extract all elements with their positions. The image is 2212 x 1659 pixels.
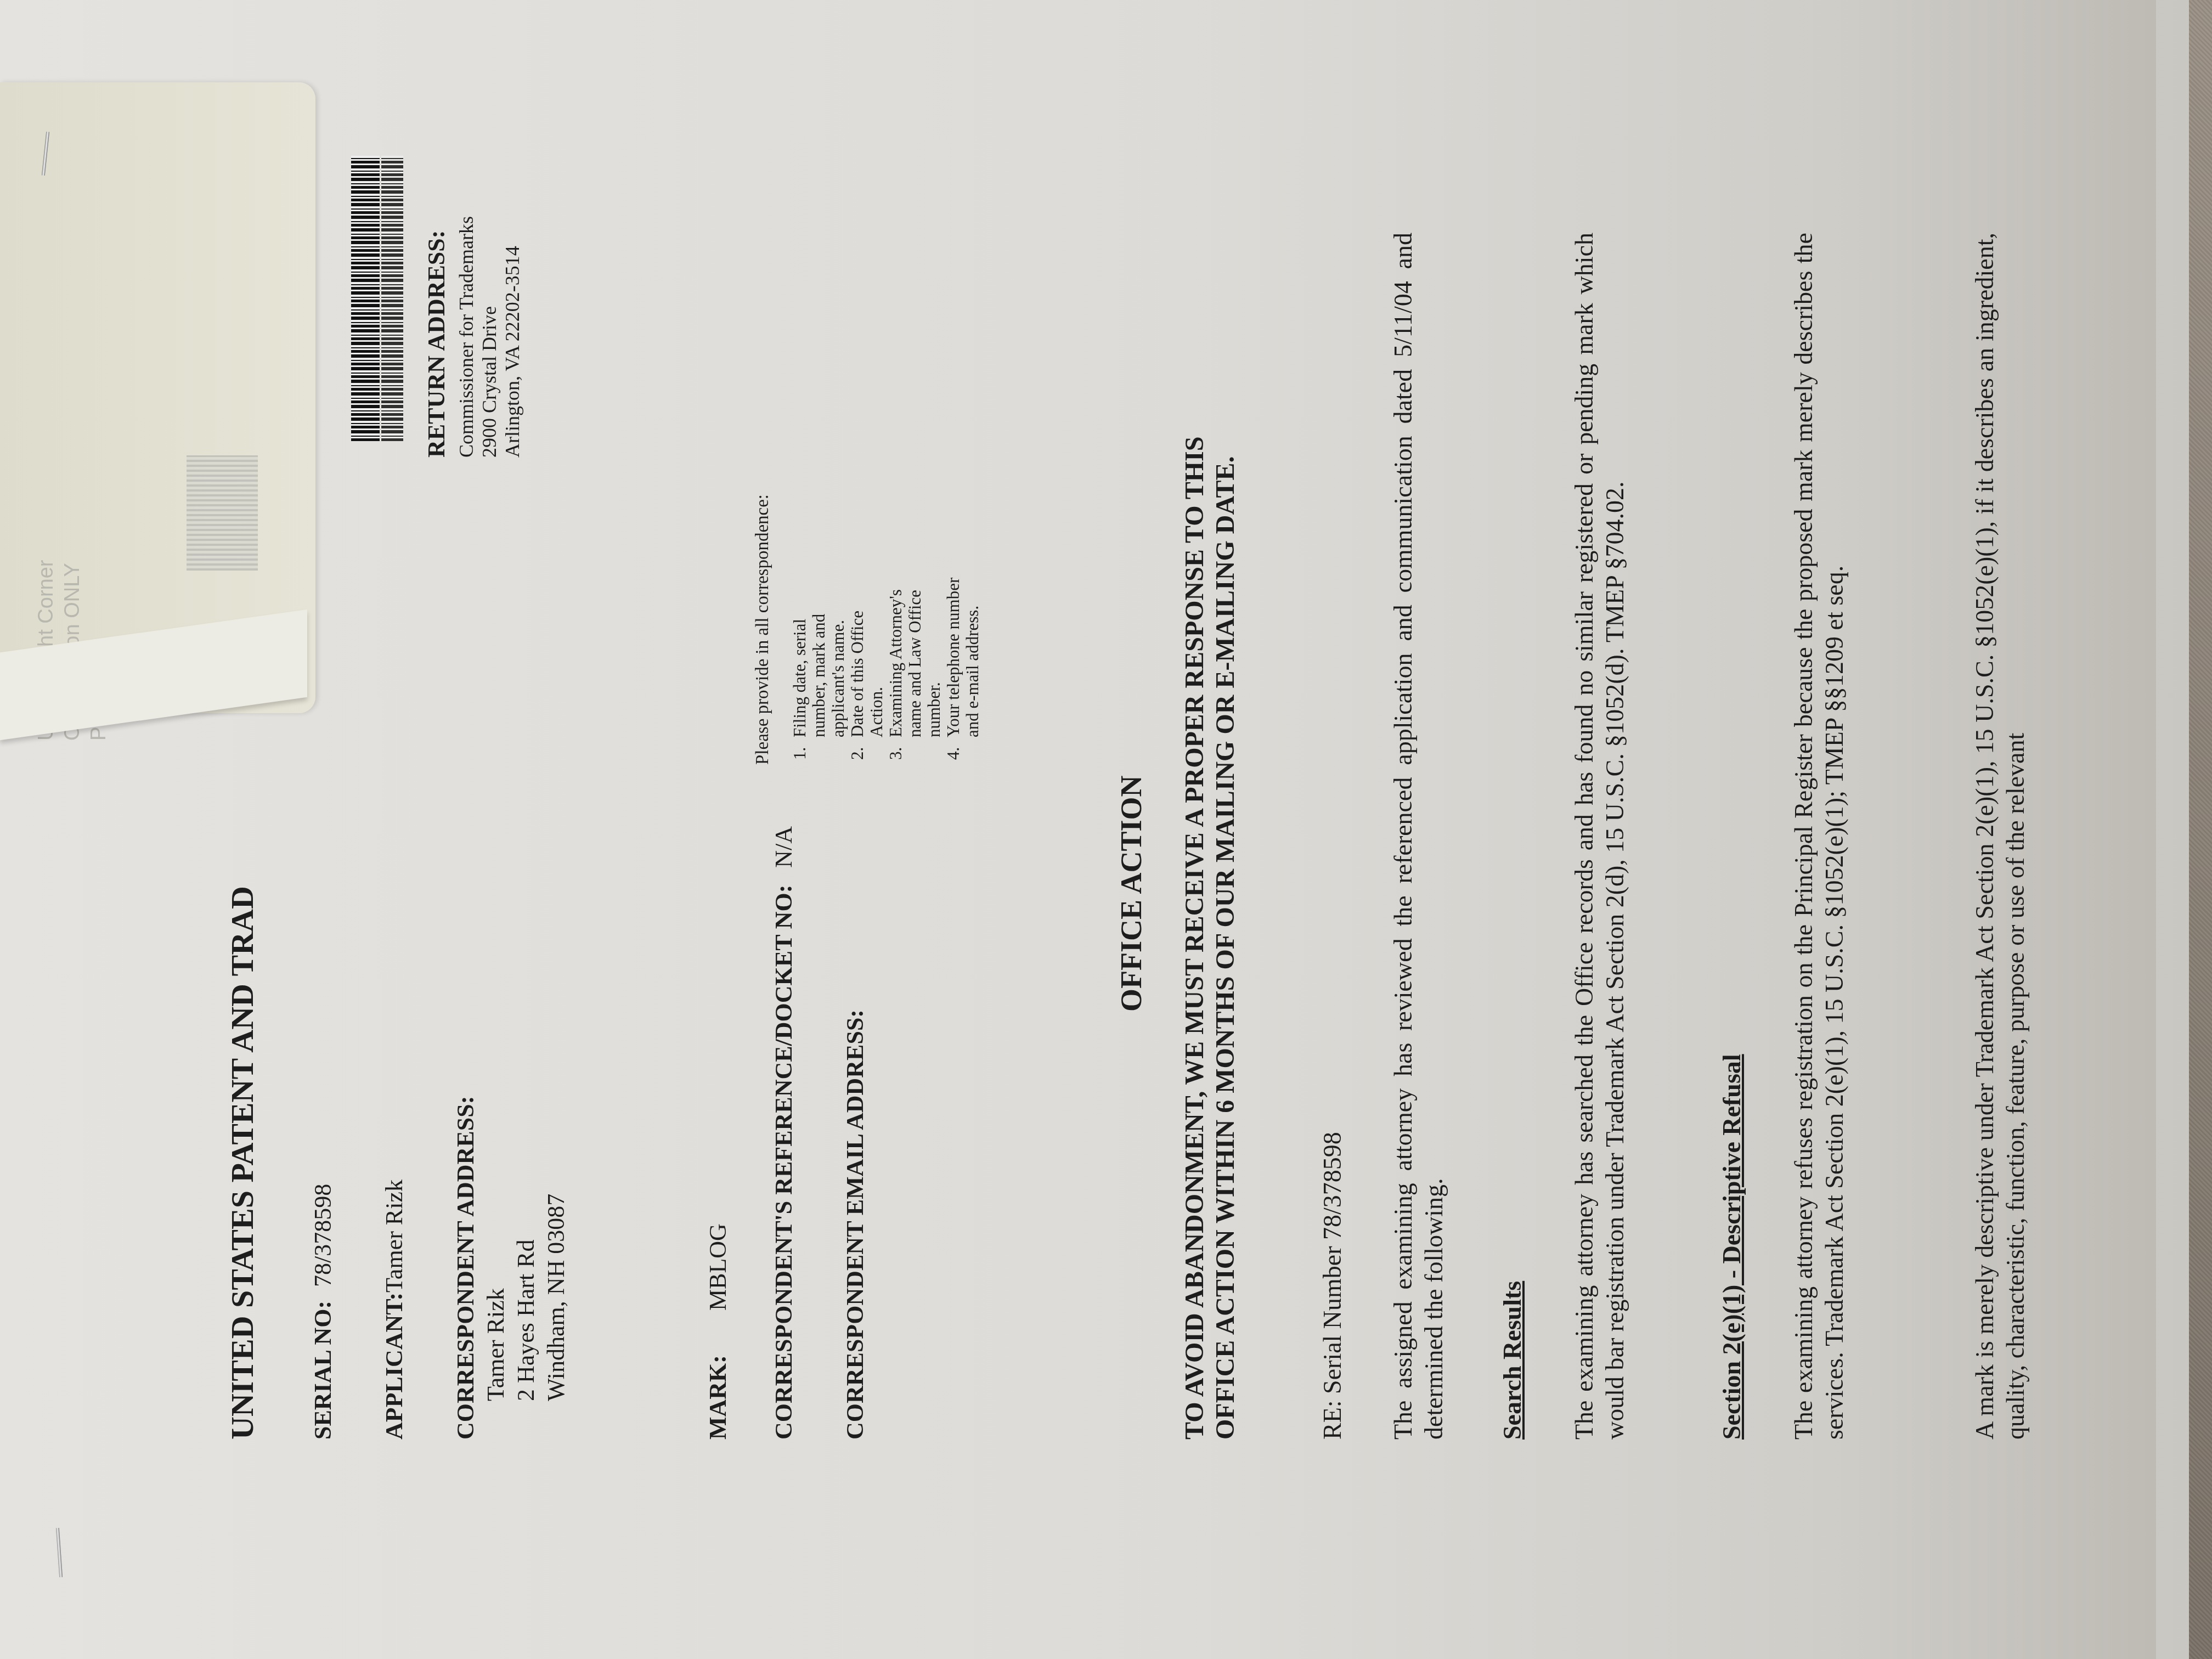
mark-field: MARK: MBLOG (702, 1223, 734, 1440)
return-address-label: RETURN ADDRESS: (422, 230, 450, 458)
document-sheet: UNITED STATES PATENT AND TRAD RETURN ADD… (0, 0, 2156, 1659)
section-heading: Section 2(e)(1) - Descriptive Refusal (1717, 1054, 1746, 1440)
tab-barcode (187, 455, 258, 571)
section-body: The examining attorney refuses registrat… (1788, 233, 1850, 1440)
mark-label: MARK: (704, 1355, 731, 1440)
reference-field: CORRESPONDENT'S REFERENCE/DOCKET NO: N/A (768, 826, 800, 1440)
applicant-label: APPLICANT: (381, 1293, 408, 1440)
office-action-heading: OFFICE ACTION (1114, 775, 1149, 1012)
abandonment-warning-line-2: OFFICE ACTION WITHIN 6 MONTHS OF OUR MAI… (1210, 456, 1241, 1440)
correspondent-address-label: CORRESPONDENT ADDRESS: (450, 1096, 482, 1440)
section-heading: Search Results (1498, 1281, 1527, 1440)
correspondence-intro: Please provide in all correspondence: (752, 494, 774, 765)
intro-paragraph: The assigned examining attorney has revi… (1388, 233, 1449, 1440)
page-title: UNITED STATES PATENT AND TRAD (225, 886, 260, 1440)
office-action-page: UNITED STATES PATENT AND TRAD RETURN ADD… (0, 0, 2156, 1659)
section-body: The examining attorney has searched the … (1569, 233, 1630, 1440)
correspondence-list: Filing date, serial number, mark and app… (790, 562, 982, 765)
email-address-label: CORRESPONDENT EMAIL ADDRESS: (839, 1009, 871, 1440)
return-address-line: Arlington, VA 22202-3514 (501, 246, 523, 458)
barcode (351, 156, 380, 441)
correspondent-address-line: 2 Hayes Hart Rd (510, 1240, 542, 1402)
return-address-line: Commissioner for Trademarks (455, 216, 477, 458)
correspondent-address-line: Tamer Rizk (480, 1288, 512, 1401)
reference-value: N/A (770, 826, 797, 868)
final-paragraph: A mark is merely descriptive under Trade… (1970, 233, 2031, 1440)
applicant-field: APPLICANT:Tamer Rizk (379, 1180, 410, 1440)
barcode-lower (381, 156, 403, 441)
correspondence-item: Examining Attorney's name and Law Office… (886, 562, 944, 743)
serial-number-field: SERIAL NO: 78/378598 (307, 1184, 339, 1440)
re-serial-line: RE: Serial Number 78/378598 (1317, 1132, 1348, 1440)
return-address-line: 2900 Crystal Drive (478, 306, 500, 458)
correspondence-item: Your telephone number and e-mail address… (944, 562, 982, 743)
reference-label: CORRESPONDENT'S REFERENCE/DOCKET NO: (770, 885, 797, 1440)
serial-value: 78/378598 (309, 1184, 336, 1287)
correspondent-address-line: Windham, NH 03087 (540, 1194, 572, 1401)
correspondence-item: Filing date, serial number, mark and app… (790, 562, 848, 743)
serial-label: SERIAL NO: (309, 1301, 336, 1440)
mark-value: MBLOG (704, 1223, 731, 1311)
applicant-value: Tamer Rizk (381, 1180, 408, 1293)
correspondence-item: Date of this Office Action. (848, 562, 886, 743)
abandonment-warning-line-1: TO AVOID ABANDONMENT, WE MUST RECEIVE A … (1180, 437, 1210, 1440)
